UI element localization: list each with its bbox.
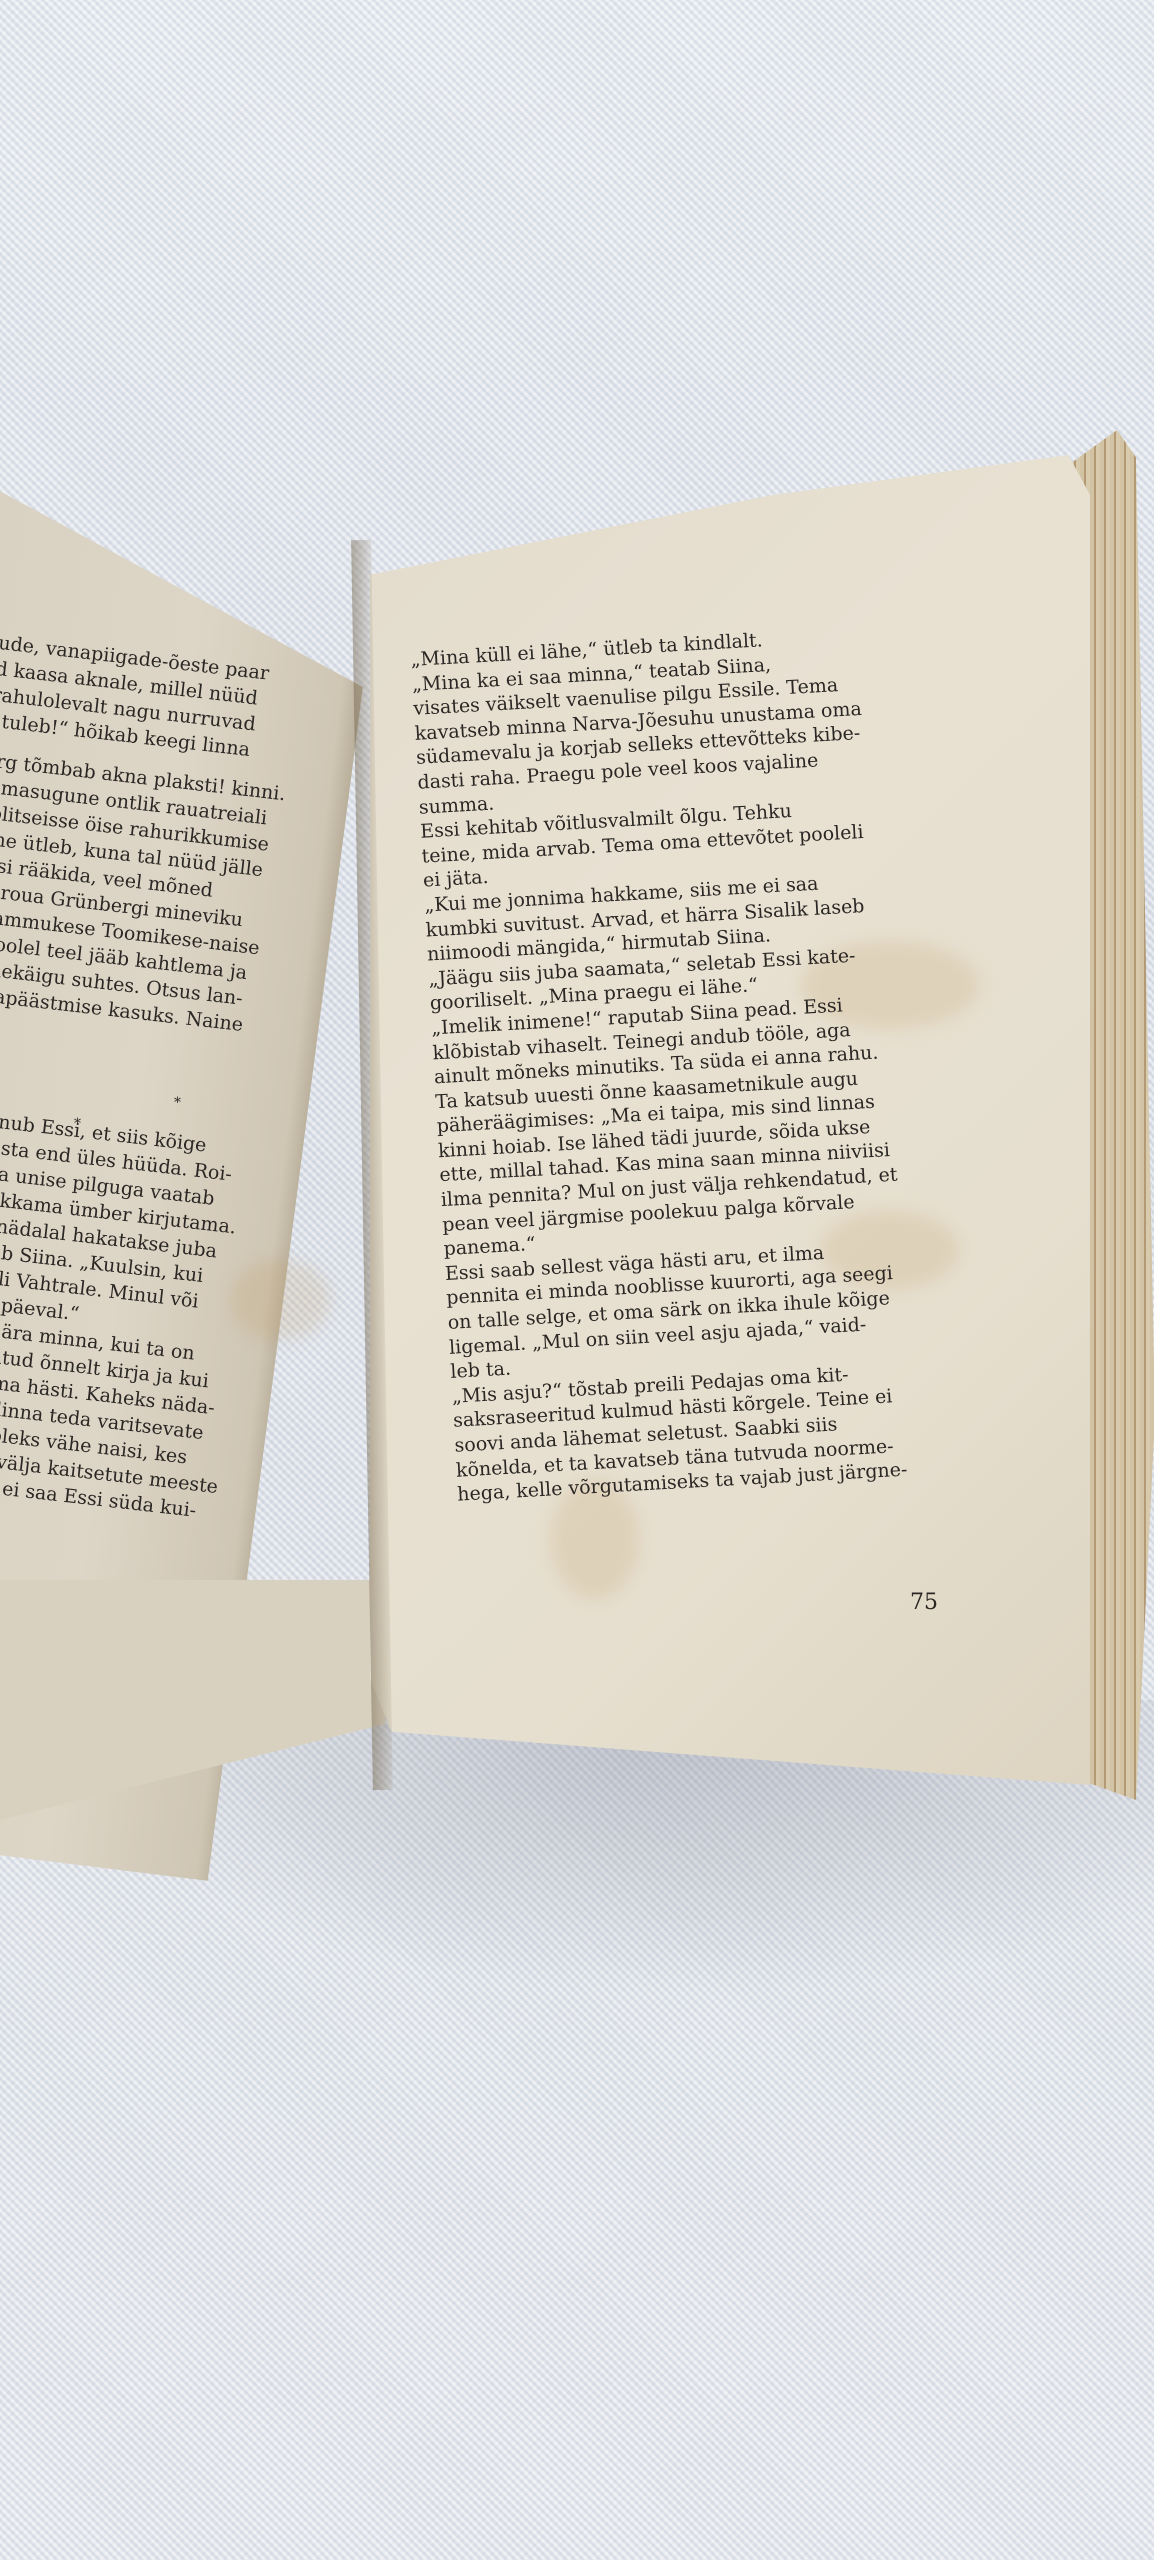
page-number: 75 (910, 1590, 938, 1615)
right-page-text: „Mina küll ei lähe,“ ütleb ta kindlalt. … (410, 617, 1017, 1508)
asterisk-ornament: * (174, 1095, 181, 1111)
asterisk-ornament: * (74, 1116, 81, 1132)
